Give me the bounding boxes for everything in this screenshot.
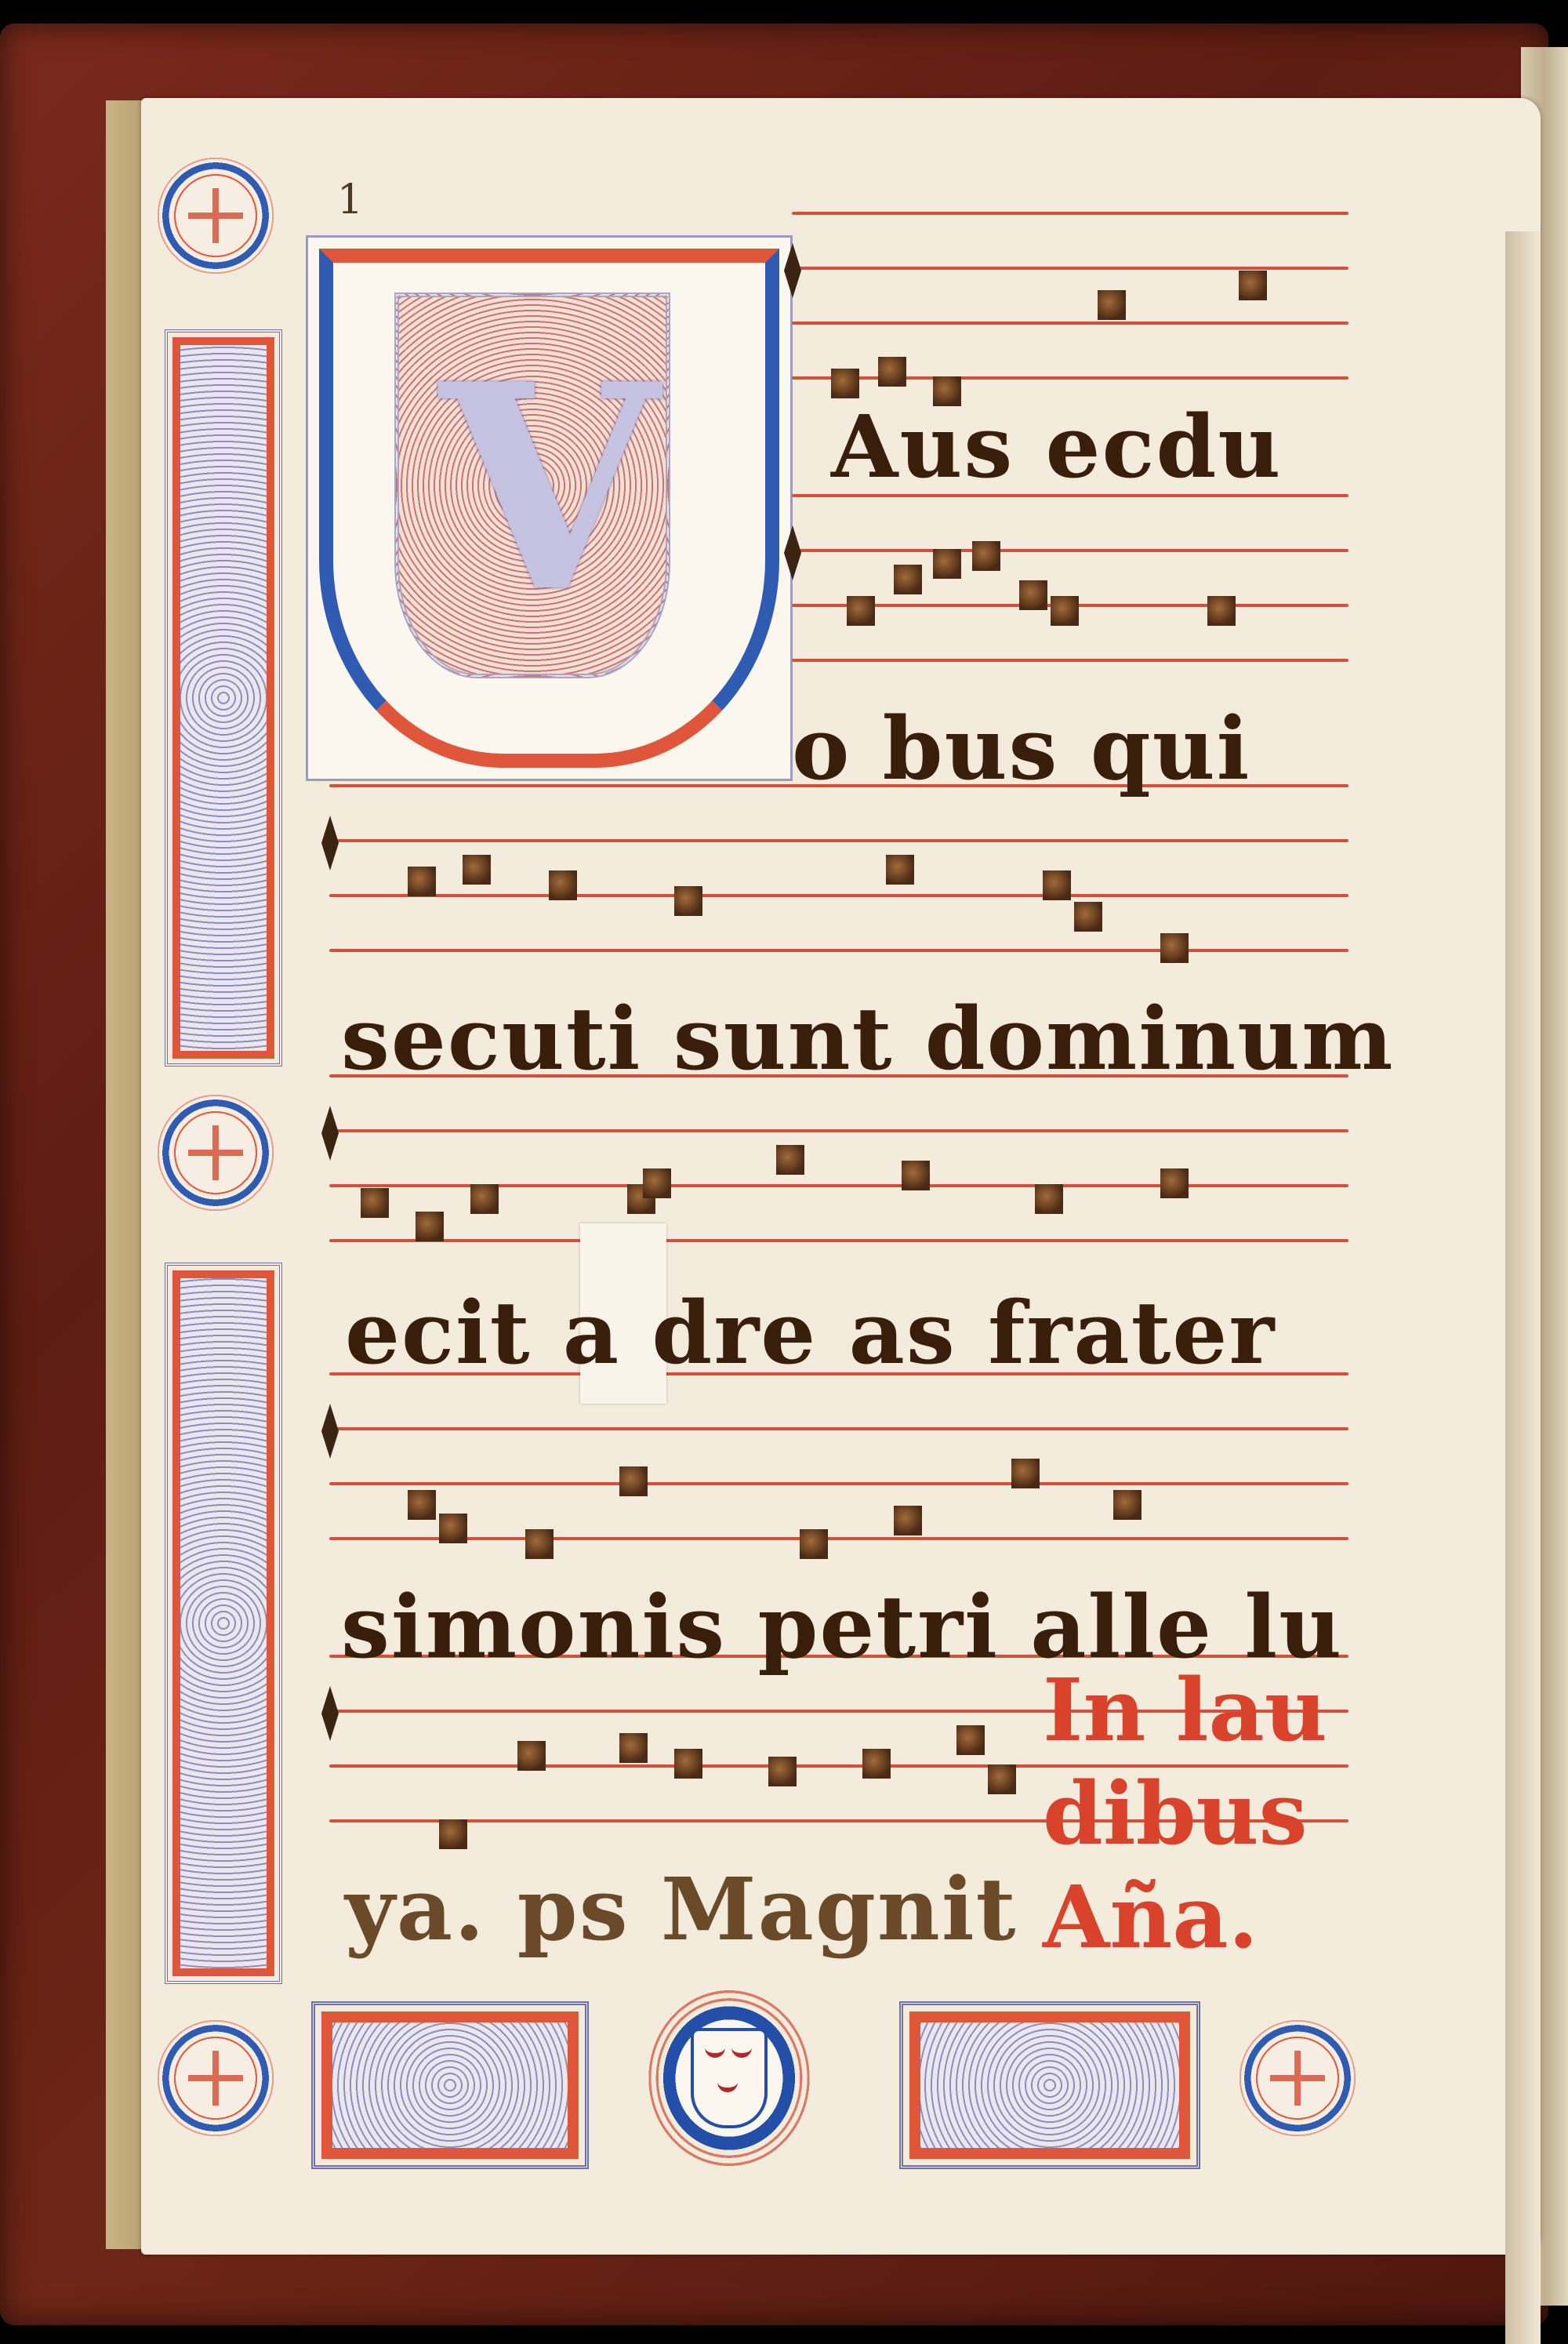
- staff-line: [792, 549, 1348, 552]
- neume-note-icon: [988, 1764, 1016, 1794]
- neume-note-icon: [1051, 596, 1079, 626]
- staff-line: [792, 376, 1348, 380]
- facing-page-edge: [1505, 231, 1541, 2344]
- neume-note-icon: [463, 855, 491, 885]
- staff-line: [329, 839, 1348, 842]
- neume-note-icon: [1239, 271, 1267, 300]
- initial-letter: V: [308, 347, 790, 630]
- lyric-line-6: ya. ps Magnit: [345, 1866, 1017, 1953]
- neume-note-icon: [894, 565, 922, 594]
- border-panel-lower: [172, 1270, 274, 1976]
- bottom-decorative-border: [157, 1976, 1333, 2180]
- neume-note-icon: [800, 1529, 828, 1559]
- staff-line: [329, 1239, 1348, 1242]
- neume-note-icon: [361, 1188, 389, 1218]
- border-panel-upper: [172, 337, 274, 1059]
- cross-medallion-middle: [157, 1094, 274, 1212]
- heraldic-shield-icon: [691, 2028, 768, 2128]
- neume-note-icon: [470, 1184, 499, 1214]
- staff-line: [329, 1537, 1348, 1540]
- bottom-right-medallion: [1239, 2019, 1356, 2137]
- neume-note-icon: [902, 1161, 930, 1190]
- neume-note-icon: [1011, 1459, 1040, 1488]
- neume-note-icon: [847, 596, 875, 626]
- neume-note-icon: [408, 867, 436, 896]
- staff-line: [792, 267, 1348, 270]
- neume-note-icon: [831, 369, 859, 398]
- staff-line: [329, 1482, 1348, 1485]
- lyric-line-3: secuti sunt dominum: [341, 996, 1395, 1082]
- staff-line: [329, 1129, 1348, 1132]
- neume-note-icon: [1074, 902, 1102, 932]
- neume-note-icon: [956, 1725, 985, 1755]
- neume-note-icon: [674, 1749, 702, 1779]
- neume-note-icon: [1019, 580, 1047, 610]
- neume-note-icon: [886, 855, 914, 885]
- neume-note-icon: [862, 1749, 891, 1779]
- neume-note-icon: [776, 1145, 804, 1175]
- neume-note-icon: [878, 357, 906, 387]
- staff-line: [329, 894, 1348, 897]
- neume-note-icon: [1098, 290, 1126, 320]
- folio-number: 1: [337, 176, 363, 223]
- neume-note-icon: [619, 1733, 648, 1763]
- staff-line: [792, 659, 1348, 662]
- lyric-line-1: Aus ecdu: [831, 404, 1282, 490]
- cross-medallion-top: [157, 157, 274, 274]
- staff-line: [792, 322, 1348, 325]
- neume-note-icon: [972, 541, 1000, 571]
- neume-note-icon: [1113, 1490, 1142, 1520]
- neume-note-icon: [674, 886, 702, 916]
- neume-note-icon: [525, 1529, 554, 1559]
- neume-note-icon: [768, 1757, 797, 1786]
- left-decorative-border: [157, 157, 274, 2164]
- neume-note-icon: [643, 1168, 671, 1198]
- neume-note-icon: [416, 1212, 444, 1241]
- neume-note-icon: [1160, 1168, 1189, 1198]
- neume-note-icon: [619, 1466, 648, 1496]
- illuminated-initial: V: [306, 235, 793, 781]
- border-panel-bottom-right: [909, 2011, 1190, 2159]
- staff-line: [792, 212, 1348, 215]
- lyric-line-4: ecit a dre as frater: [345, 1290, 1276, 1376]
- neume-note-icon: [439, 1514, 467, 1543]
- neume-note-icon: [408, 1490, 436, 1520]
- neume-note-icon: [439, 1819, 467, 1849]
- lyric-line-2: o bus qui: [792, 706, 1250, 792]
- neume-note-icon: [1035, 1184, 1063, 1214]
- neume-note-icon: [1160, 933, 1189, 963]
- neume-note-icon: [933, 549, 961, 579]
- lyric-line-5: simonis petri alle lu: [341, 1584, 1343, 1670]
- staff-line: [329, 1427, 1348, 1430]
- neume-note-icon: [1043, 870, 1071, 900]
- neume-note-icon: [1207, 596, 1236, 626]
- neume-note-icon: [517, 1741, 546, 1771]
- border-panel-bottom-left: [321, 2011, 579, 2159]
- staff-line: [329, 949, 1348, 952]
- neume-note-icon: [894, 1506, 922, 1535]
- coat-of-arms-medallion: [643, 1984, 815, 2172]
- rubric-in-laudibus: In lau dibus Aña.: [1043, 1659, 1327, 1969]
- neume-note-icon: [549, 870, 577, 900]
